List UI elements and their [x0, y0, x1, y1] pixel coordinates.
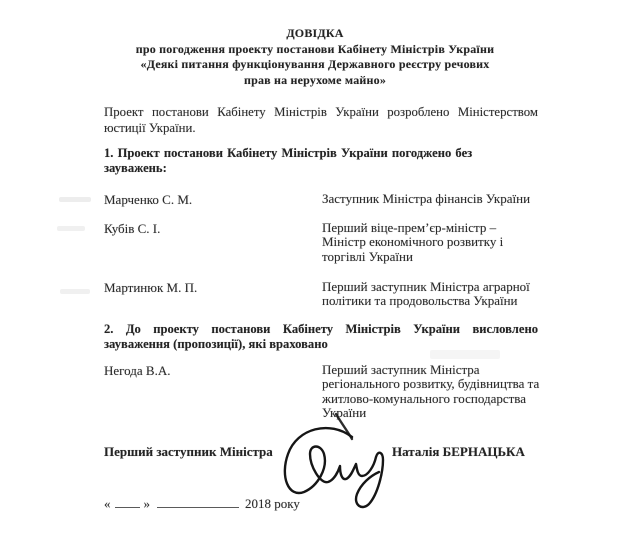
approver-position: Перший віце-прем’єр-міністр – Міністр ек… — [322, 221, 544, 264]
date-open-quote: « — [104, 496, 111, 511]
position-line: політики та продовольства України — [322, 294, 544, 308]
signoff-name: Наталія БЕРНАЦЬКА — [392, 444, 525, 460]
scanned-document-page: ДОВІДКА про погодження проекту постанови… — [0, 0, 640, 533]
date-day-blank — [115, 496, 140, 508]
document-title: ДОВІДКА про погодження проекту постанови… — [85, 26, 545, 88]
title-line-4: прав на нерухоме майно» — [85, 73, 545, 89]
position-line: Перший віце-прем’єр-міністр – — [322, 221, 544, 235]
section2-heading: 2. До проекту постанови Кабінету Міністр… — [104, 322, 538, 352]
position-line: Перший заступник Міністра аграрної — [322, 280, 544, 294]
position-line: Міністр економічного розвитку і — [322, 235, 544, 249]
approver-name: Негода В.А. — [104, 363, 171, 379]
position-line: Перший заступник Міністра — [322, 363, 544, 377]
date-line: «»2018 року — [104, 496, 300, 512]
date-month-blank — [157, 496, 239, 508]
signoff-position-label: Перший заступник Міністра — [104, 444, 273, 460]
scan-artifact — [60, 289, 90, 294]
section2-heading-line-2: зауваження (пропозиції), які враховано — [104, 337, 538, 352]
approver-name: Мартинюк М. П. — [104, 280, 197, 296]
section1-heading: 1. Проект постанови Кабінету Міністрів У… — [104, 146, 524, 176]
date-year-text: 2018 року — [245, 496, 300, 511]
approver-name: Кубів С. І. — [104, 221, 160, 237]
date-close-quote: » — [144, 496, 151, 511]
title-line-3: «Деякі питання функціонування Державного… — [85, 57, 545, 73]
position-line: Заступник Міністра фінансів України — [322, 192, 544, 206]
scan-artifact — [57, 226, 85, 231]
title-line-1: ДОВІДКА — [85, 26, 545, 42]
section2-heading-line-1: 2. До проекту постанови Кабінету Міністр… — [104, 322, 538, 337]
approver-name: Марченко С. М. — [104, 192, 192, 208]
approver-position: Заступник Міністра фінансів України — [322, 192, 544, 206]
title-line-2: про погодження проекту постанови Кабінет… — [85, 42, 545, 58]
intro-line-1: Проект постанови Кабінету Міністрів Укра… — [104, 104, 538, 120]
position-line: торгівлі України — [322, 250, 544, 264]
scan-artifact — [59, 197, 91, 202]
intro-line-2: юстиції України. — [104, 120, 538, 136]
position-line: регіонального розвитку, будівництва та — [322, 377, 544, 391]
position-line: житлово-комунального господарства — [322, 392, 544, 406]
approver-position: Перший заступник Міністра аграрної політ… — [322, 280, 544, 309]
intro-paragraph: Проект постанови Кабінету Міністрів Укра… — [104, 104, 538, 136]
